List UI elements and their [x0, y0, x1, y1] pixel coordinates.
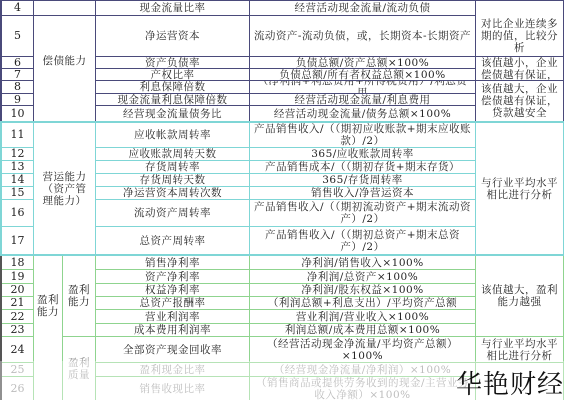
row-number: 18: [2, 256, 33, 269]
indicator-name: 利息保障倍数: [96, 81, 249, 93]
category-solvency: 偿债能力: [34, 1, 95, 121]
formula: 经营活动现金流量/流动负债: [250, 1, 475, 15]
indicator-name: 存货周转天数: [96, 174, 249, 186]
formula: （经营现金净流量/净利润）×100%: [250, 363, 475, 376]
row-number: 22: [2, 310, 33, 323]
formula: 流动资产-流动负债，或，长期资本-长期资产: [250, 16, 475, 56]
formula: （净利润+利息费用+所得税费用）/利息费用: [250, 81, 475, 93]
formula: 营业利润/营业收入×100%: [250, 310, 475, 323]
indicator-name: 应收帐款周转率: [96, 123, 249, 147]
formula: 负债总额/所有者权益总额×100%: [250, 69, 475, 80]
indicator-name: 营业利润率: [96, 310, 249, 323]
formula: 产品销售收入/（（期初应收账款+期末应收账款）/2）: [250, 123, 475, 147]
evaluation: 该值越大，盈利能力越强: [476, 256, 563, 336]
indicator-name: 现金流量比率: [96, 1, 249, 15]
formula: 净利润/总资产×100%: [250, 270, 475, 283]
formula: 经营活动现金流量/债务总额×100%: [250, 106, 475, 121]
indicator-name: 存货周转率: [96, 161, 249, 173]
indicator-name: 产权比率: [96, 69, 249, 80]
formula: 365/存货周转率: [250, 174, 475, 186]
indicator-name: 资产负债率: [96, 57, 249, 68]
row-number: 8: [2, 81, 33, 93]
indicator-name: 资产净利率: [96, 270, 249, 283]
formula: 净利润/销售收入×100%: [250, 256, 475, 269]
subcategory-profit-ability: 盈利能力: [63, 256, 95, 336]
indicator-name: 应收账款周转天数: [96, 148, 249, 160]
row-number: 14: [2, 174, 33, 186]
formula: 365/应收账款周转率: [250, 148, 475, 160]
indicator-name: 销售收现比率: [96, 377, 249, 400]
row-number: 9: [2, 94, 33, 105]
indicator-name: 全部资产现金回收率: [96, 337, 249, 362]
row-number: 26: [2, 377, 33, 400]
watermark: 华艳财经: [456, 364, 564, 400]
row-number: 12: [2, 148, 33, 160]
evaluation: 对比企业连续多期的值，比较分析: [476, 16, 563, 56]
indicator-name: 净运营资本: [96, 16, 249, 56]
row-number: 4: [2, 1, 33, 15]
formula: （销售商品或提供劳务收到的现金/主营业务收入净额）×100%: [250, 377, 475, 400]
row-number: 24: [2, 337, 33, 362]
indicator-name: 总资产周转率: [96, 227, 249, 254]
indicator-name: 总资产报酬率: [96, 297, 249, 309]
formula: 净利润/股东权益×100%: [250, 284, 475, 296]
evaluation: 与行业平均水平相比进行分析: [476, 123, 563, 254]
indicator-name: 流动资产周转率: [96, 200, 249, 226]
indicator-name: 现金流量利息保障倍数: [96, 94, 249, 105]
row-number: 11: [2, 123, 33, 147]
row-number: 15: [2, 187, 33, 199]
row-number: 20: [2, 284, 33, 296]
formula: 产品销售收入/（（期初总资产+期末总资产）/2）: [250, 227, 475, 254]
row-number: 16: [2, 200, 33, 226]
row-number: 23: [2, 324, 33, 336]
indicator-name: 成本费用利润率: [96, 324, 249, 336]
indicator-name: 销售净利率: [96, 256, 249, 269]
category-operating: 营运能力（资产管理能力）: [34, 123, 95, 254]
formula: 负债总额/资产总额×100%: [250, 57, 475, 68]
formula: （经营活动现金净流量/平均资产总额）×100%: [250, 337, 475, 362]
row-number: 5: [2, 16, 33, 56]
formula: 销售收入/净营运资本: [250, 187, 475, 199]
indicator-name: 净运营资本周转次数: [96, 187, 249, 199]
subcategory-profit-quality: 盈利质量: [63, 337, 95, 400]
row-number: 21: [2, 297, 33, 309]
row-number: 19: [2, 270, 33, 283]
formula: 产品销售成本/（（期初存货+期末存货）: [250, 161, 475, 173]
row-number: 17: [2, 227, 33, 254]
row-number: 13: [2, 161, 33, 173]
category-profit: 盈利能力: [34, 256, 62, 356]
formula: 产品销售收入/（（期初流动资产+期末流动资产）/2）: [250, 200, 475, 226]
formula: 利润总额/成本费用总额×100%: [250, 324, 475, 336]
indicator-name: 经营现金流量债务比: [96, 106, 249, 121]
row-number: 25: [2, 363, 33, 376]
indicator-name: 权益净利率: [96, 284, 249, 296]
row-number: 10: [2, 106, 33, 121]
row-number: 7: [2, 69, 33, 80]
evaluation: 与行业平均水平相比进行分析: [476, 337, 563, 362]
row-number: 6: [2, 57, 33, 68]
evaluation: 该值越大，企业偿债越有保证，贷款越安全: [476, 81, 563, 121]
formula: （利润总额+利息支出）/平均资产总额: [250, 297, 475, 309]
evaluation: 该值越小，企业偿债越有保证，: [476, 57, 563, 80]
indicator-name: 盈利现金比率: [96, 363, 249, 376]
formula: 经营活动现金流量/利息费用: [250, 94, 475, 105]
